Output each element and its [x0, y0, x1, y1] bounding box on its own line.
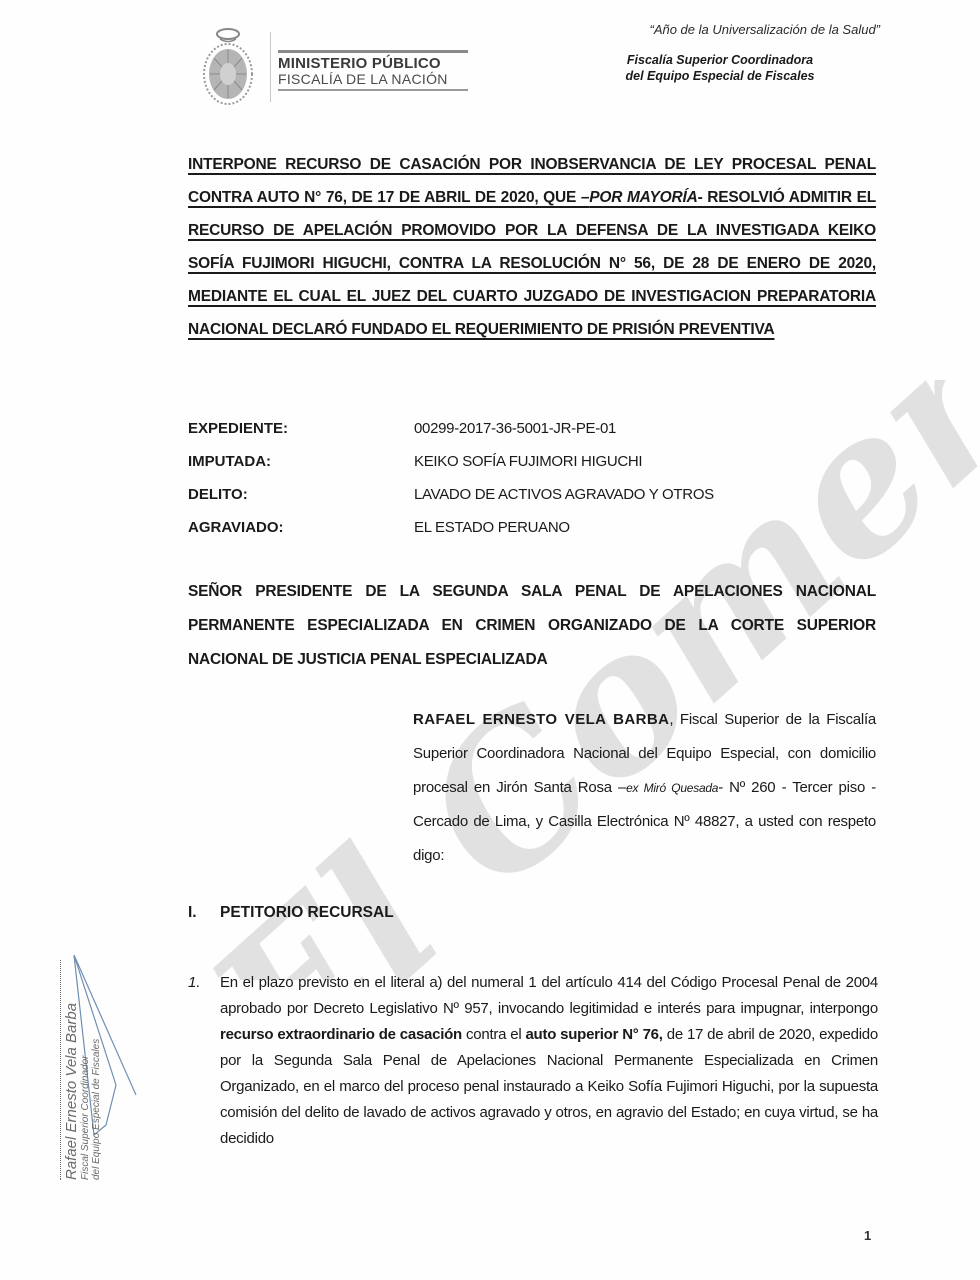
section-title: PETITORIO RECURSAL	[220, 904, 394, 922]
case-row-delito: DELITO: LAVADO DE ACTIVOS AGRAVADO Y OTR…	[188, 478, 748, 511]
case-value: 00299-2017-36-5001-JR-PE-01	[414, 420, 748, 437]
prosecutor-name: RAFAEL ERNESTO VELA BARBA	[413, 711, 669, 728]
case-label: DELITO:	[188, 486, 414, 503]
office-header: Fiscalía Superior Coordinadora del Equip…	[600, 52, 840, 84]
addressee: SEÑOR PRESIDENTE DE LA SEGUNDA SALA PENA…	[188, 575, 876, 677]
paragraph-text: En el plazo previsto en el literal a) de…	[220, 970, 878, 1152]
document-title: INTERPONE RECURSO DE CASACIÓN POR INOBSE…	[188, 148, 876, 346]
case-info: EXPEDIENTE: 00299-2017-36-5001-JR-PE-01 …	[188, 412, 748, 544]
case-row-agraviado: AGRAVIADO: EL ESTADO PERUANO	[188, 511, 748, 544]
page-number: 1	[864, 1228, 871, 1243]
case-label: EXPEDIENTE:	[188, 420, 414, 437]
numbered-paragraph: 1. En el plazo previsto en el literal a)…	[188, 970, 878, 1152]
office-line-2: del Equipo Especial de Fiscales	[600, 68, 840, 84]
case-value: LAVADO DE ACTIVOS AGRAVADO Y OTROS	[414, 486, 748, 503]
section-heading: I. PETITORIO RECURSAL	[188, 904, 394, 922]
case-value: KEIKO SOFÍA FUJIMORI HIGUCHI	[414, 453, 748, 470]
paragraph-number: 1.	[188, 970, 220, 1152]
document-page: El Comercio MINISTERIO PÚBLICO FISCALÍA …	[0, 0, 980, 1280]
case-row-imputada: IMPUTADA: KEIKO SOFÍA FUJIMORI HIGUCHI	[188, 445, 748, 478]
institution-subtitle: FISCALÍA DE LA NACIÓN	[278, 72, 468, 87]
case-label: IMPUTADA:	[188, 453, 414, 470]
stamp-title: Fiscal Superior Coordinador	[80, 960, 91, 1180]
stamp-name: Rafael Ernesto Vela Barba	[60, 960, 80, 1180]
case-value: EL ESTADO PERUANO	[414, 519, 748, 536]
office-line-1: Fiscalía Superior Coordinadora	[600, 52, 840, 68]
institution-logo-text: MINISTERIO PÚBLICO FISCALÍA DE LA NACIÓN	[278, 50, 468, 91]
logo-divider	[270, 32, 271, 102]
signature-stamp: Rafael Ernesto Vela Barba Fiscal Superio…	[60, 960, 102, 1180]
case-label: AGRAVIADO:	[188, 519, 414, 536]
introduction-paragraph: RAFAEL ERNESTO VELA BARBA, Fiscal Superi…	[413, 703, 876, 873]
stamp-office: del Equipo Especial de Fiscales	[91, 960, 102, 1180]
year-motto: “Año de la Universalización de la Salud”	[560, 22, 880, 37]
coat-of-arms-logo	[196, 22, 260, 110]
case-row-expediente: EXPEDIENTE: 00299-2017-36-5001-JR-PE-01	[188, 412, 748, 445]
section-number: I.	[188, 904, 220, 922]
institution-name: MINISTERIO PÚBLICO	[278, 55, 468, 72]
